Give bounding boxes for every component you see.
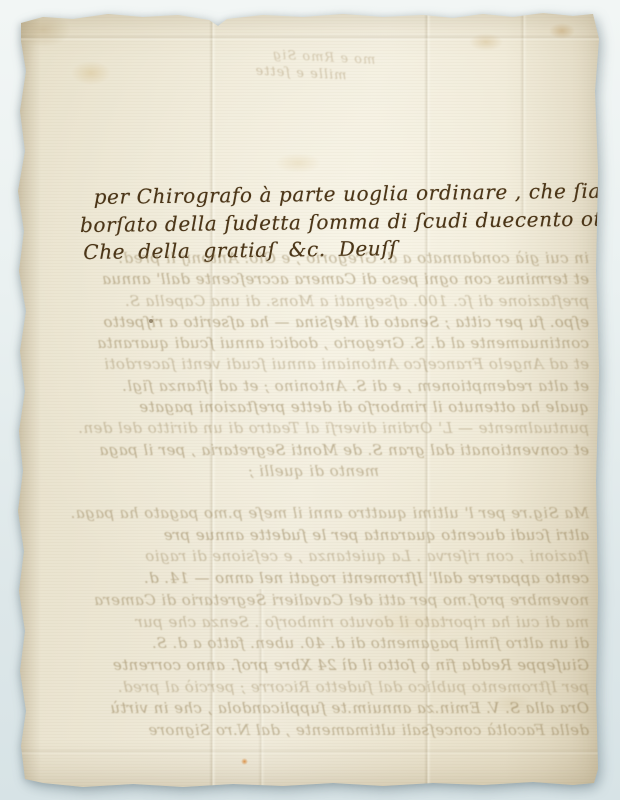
manuscript-page: mo e Rmo Sig mille e ſette per Chirograf…: [13, 11, 599, 788]
scan-background: mo e Rmo Sig mille e ſette per Chirograf…: [0, 0, 620, 800]
fold-crease-horizontal-bottom: [13, 749, 599, 755]
fox-stain: [71, 61, 111, 85]
fold-crease-vertical-2: [424, 11, 431, 788]
fox-stain: [275, 153, 321, 173]
ink-speck: [149, 319, 153, 323]
fold-crease-vertical-3: [258, 589, 265, 788]
fox-stain: [363, 601, 453, 641]
left-edge-shading: [13, 11, 41, 788]
paper-shadow-wrap: mo e Rmo Sig mille e ſette per Chirograf…: [0, 0, 620, 800]
fold-crease-horizontal-top: [13, 35, 599, 41]
fold-crease-vertical-1: [209, 11, 216, 788]
letter-text-block: per Chirografo à parte uoglia ordinare ,…: [78, 178, 579, 267]
orange-speck: [241, 758, 248, 765]
right-edge-shading: [504, 11, 599, 788]
